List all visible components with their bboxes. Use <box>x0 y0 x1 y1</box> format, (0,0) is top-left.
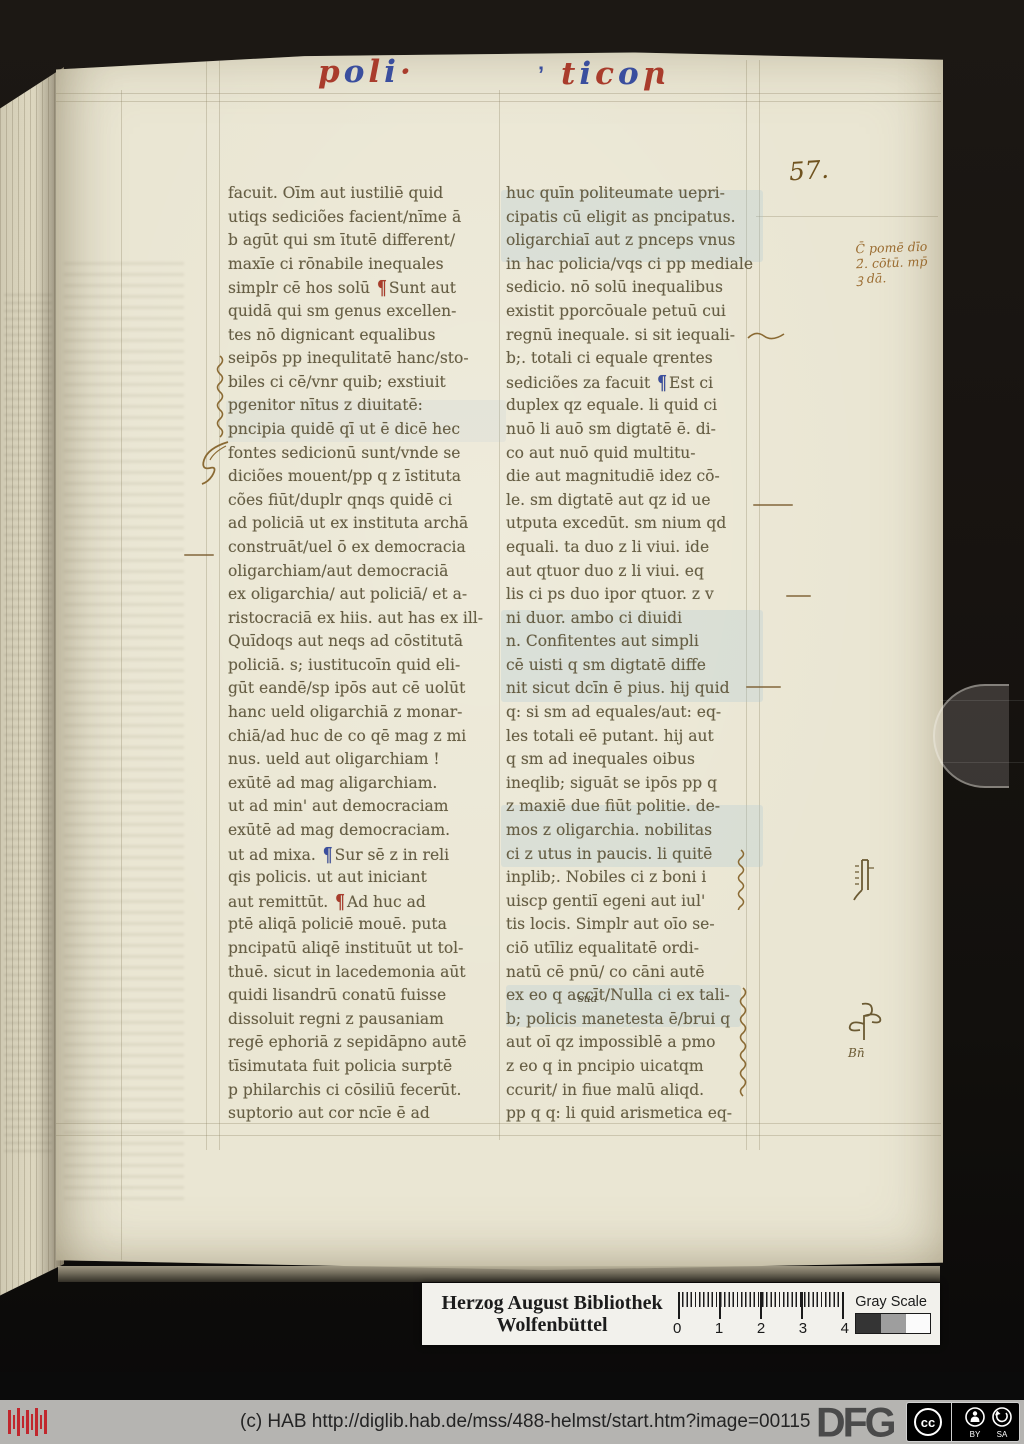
manuscript-line: q sm ad inequales oibus <box>506 748 748 772</box>
manuscript-col2: huc quīn politeumate uepri-cipatis cū el… <box>506 182 748 1126</box>
manuscript-line: b agūt qui sm ītutē different/ <box>228 229 500 253</box>
running-title-letter: i <box>579 56 595 92</box>
manuscript-line: seipōs pp inequlitatē hanc/sto- <box>228 347 500 371</box>
manuscript-line: q: si sm ad equales/aut: eq- <box>506 701 748 725</box>
ruler-numbers: 01234 <box>673 1320 849 1337</box>
manuscript-line: ut ad min' aut democraciam <box>228 795 500 819</box>
copyright-text: (c) HAB http://diglib.hab.de/mss/488-hel… <box>240 1411 810 1433</box>
cc-license-badge: cc BY SA <box>906 1402 1020 1442</box>
manuscript-line: ciō utīliz equalitatē ordi- <box>506 937 748 961</box>
digitized-manuscript-scan: poli· ’ ticoꞃ 57. C̄ pomē dīo2̄. cōtū. m… <box>0 0 1024 1444</box>
running-title-letter: i <box>384 54 400 90</box>
running-title-letter: o <box>618 56 643 92</box>
margin-squiggle <box>746 328 786 344</box>
running-title-letter: t <box>561 56 579 92</box>
manuscript-line: gūt eandē/sp ipōs aut cē uolūt <box>228 677 500 701</box>
running-title-letter: l <box>368 54 384 90</box>
pilcrow-mark: ¶ <box>323 840 333 869</box>
clip-highlight <box>940 762 1024 763</box>
ruler-number: 2 <box>757 1320 765 1337</box>
ruling-line <box>206 60 207 1150</box>
cc-badge-divider <box>951 1403 952 1441</box>
running-title-tick: ’ <box>538 62 544 88</box>
manuscript-line: facuit. Oīm aut iustiliē quid <box>228 182 500 206</box>
manuscript-line: aut qtuor duo z li viui. eq <box>506 560 748 584</box>
running-title-letter: p <box>318 54 344 90</box>
pilcrow-mark: ¶ <box>657 368 667 397</box>
manuscript-line: thuē. sicut in lacedemonia aūt <box>228 961 500 985</box>
manuscript-line: construāt/uel ō ex democracia <box>228 536 500 560</box>
library-name: Herzog August Bibliothek Wolfenbüttel <box>430 1292 674 1336</box>
svg-text:SA: SA <box>997 1430 1008 1439</box>
manuscript-line: p philarchis ci cōsiliū fecerūt. <box>228 1079 500 1103</box>
margin-nota-mark <box>850 856 878 902</box>
manuscript-line: biles ci cē/vnr quib; exstiuit <box>228 371 500 395</box>
manuscript-line: ex oligarchia/ aut policiā/ et a- <box>228 583 500 607</box>
margin-dash <box>184 554 214 556</box>
manuscript-line: n. Confitentes aut simpli <box>506 630 748 654</box>
manuscript-line: sediciões za facuit ¶Est ci <box>506 371 748 395</box>
manuscript-line: huc quīn politeumate uepri- <box>506 182 748 206</box>
pilcrow-mark: ¶ <box>335 887 345 916</box>
manuscript-line: quidi lisandrū conatū fuisse <box>228 984 500 1008</box>
manuscript-line: diciões mouent/pp q z īstituta <box>228 465 500 489</box>
manuscript-line: duplex qz equale. li quid ci <box>506 394 748 418</box>
manuscript-line: tīsimutata fuit policia surptē <box>228 1055 500 1079</box>
manuscript-line: uiscp gentiī egeni aut iul' <box>506 890 748 914</box>
manuscript-line: exūtē ad mag aligarchiam. <box>228 772 500 796</box>
manuscript-line: inplib;. Nobiles ci z boni i <box>506 866 748 890</box>
margin-monogram-label: Bn̄ <box>848 1046 865 1060</box>
manuscript-line: cē uisti q sm digtatē diffe <box>506 654 748 678</box>
manuscript-line: nus. ueld aut oligarchiam ! <box>228 748 500 772</box>
by-person-icon: BY <box>966 1408 984 1439</box>
library-name-line1: Herzog August Bibliothek <box>430 1292 674 1314</box>
ruler: 01234 <box>678 1288 847 1340</box>
interlinear-correction: sua <box>578 992 597 1005</box>
gray-scale-label: Gray Scale <box>855 1294 932 1310</box>
manuscript-line: dissoluit regni z pausaniam <box>228 1008 500 1032</box>
manuscript-line: ccurit/ in fiue malū aliqd. <box>506 1079 748 1103</box>
cc-by-sa-icons: cc BY SA <box>907 1403 1019 1441</box>
manuscript-line: b; policis manetesta ē/brui q <box>506 1008 748 1032</box>
library-name-line2: Wolfenbüttel <box>430 1314 674 1336</box>
manuscript-line: cipatis cū eligit as pncipatus. <box>506 206 748 230</box>
manuscript-line: co aut nuō quid multitu- <box>506 442 748 466</box>
manuscript-line: natū cē pnū/ co cāni autē <box>506 961 748 985</box>
manuscript-line: existit pporcōuale petuū cui <box>506 300 748 324</box>
margin-chain-mark <box>734 848 748 910</box>
manuscript-line: policiā. s; iustitucoīn quid eli- <box>228 654 500 678</box>
marginal-annotation-line: 2̄. cōtū. mp̄ <box>856 254 928 271</box>
footer-black-band <box>0 1372 1024 1400</box>
book-bottom-edge <box>58 1266 940 1282</box>
manuscript-line: le. sm digtatē aut qz id ue <box>506 489 748 513</box>
sa-arrow-icon: SA <box>993 1408 1011 1439</box>
left-margin-showthrough <box>64 260 184 1200</box>
book-page-stack <box>0 52 64 1308</box>
manuscript-line: ristocraciā ex hiis. aut has ex ill- <box>228 607 500 631</box>
manuscript-line: exūtē ad mag democraciam. <box>228 819 500 843</box>
ruler-major-ticks <box>678 1292 848 1319</box>
footer-bar: (c) HAB http://diglib.hab.de/mss/488-hel… <box>0 1400 1024 1444</box>
manuscript-line: tes nō dignicant equalibus <box>228 324 500 348</box>
manuscript-line: oligarchiam/aut democraciā <box>228 560 500 584</box>
manuscript-line: pp q q: li quid arismetica eq- <box>506 1102 748 1126</box>
manuscript-line: lis ci ps duo ipor qtuor. z v <box>506 583 748 607</box>
manuscript-line: b;. totali ci equale qrentes <box>506 347 748 371</box>
gray-scale-swatch <box>906 1314 931 1333</box>
running-title-letter: ꞃ <box>643 56 670 92</box>
manuscript-line: simplr cē hos solū ¶Sunt aut <box>228 276 500 300</box>
manuscript-line: regnū inequale. si sit iequali- <box>506 324 748 348</box>
manuscript-line: Quīdoqs aut neqs ad cōstitutā <box>228 630 500 654</box>
pilcrow-mark: ¶ <box>377 273 387 302</box>
folio-number: 57. <box>788 155 830 187</box>
manuscript-line: z maxiē due fiūt politie. de- <box>506 795 748 819</box>
running-title-left: poli· <box>318 54 415 90</box>
ruler-number: 0 <box>673 1320 681 1337</box>
manuscript-line: pncipia quidē qī ut ē dicē hec <box>228 418 500 442</box>
svg-text:BY: BY <box>970 1430 981 1439</box>
manuscript-line: aut oī qz impossiblē a pmo <box>506 1031 748 1055</box>
gray-scale: Gray Scale <box>855 1294 932 1334</box>
manuscript-line: pncipatū aliqē instituūt ut tol- <box>228 937 500 961</box>
margin-monogram-mark <box>842 1000 886 1046</box>
manuscript-line: chiā/ad huc de co qē mag z mi <box>228 725 500 749</box>
manuscript-line: tis locis. Simplr aut oīo se- <box>506 913 748 937</box>
margin-dash <box>786 595 811 597</box>
manuscript-line: les totali eē putant. hij aut <box>506 725 748 749</box>
ruler-number: 3 <box>799 1320 807 1337</box>
manuscript-line: mos z oligarchia. nobilitas <box>506 819 748 843</box>
ruling-line <box>219 60 220 1150</box>
running-title-letter: · <box>400 54 415 90</box>
margin-chain-mark <box>212 354 228 438</box>
manuscript-line: ut ad mixa. ¶Sur sē z in reli <box>228 843 500 867</box>
ruler-number: 4 <box>841 1320 849 1337</box>
gray-scale-swatches <box>855 1313 931 1334</box>
manuscript-line: aut remittūt. ¶Ad huc ad <box>228 890 500 914</box>
manuscript-line: in hac policia/vqs ci pp mediale <box>506 253 748 277</box>
manuscript-line: ad policiā ut ex instituta archā <box>228 512 500 536</box>
manuscript-line: oligarchiaī aut z pnceps vnus <box>506 229 748 253</box>
manuscript-line: equali. ta duo z li viui. ide <box>506 536 748 560</box>
gutter-shadow <box>0 52 64 1308</box>
manuscript-line: ex eo q accīt/Nulla ci ex tali- <box>506 984 748 1008</box>
ruler-number: 1 <box>715 1320 723 1337</box>
ruling-line <box>121 90 122 1260</box>
gray-scale-swatch <box>881 1314 906 1333</box>
manuscript-line: ineqlib; siguāt se ipōs pp q <box>506 772 748 796</box>
manuscript-line: quidā qui sm genus excellen- <box>228 300 500 324</box>
margin-dash <box>753 504 793 506</box>
margin-paraph-flourish <box>198 438 232 486</box>
manuscript-line: qis policis. ut aut iniciant <box>228 866 500 890</box>
manuscript-line: sedicio. nō solū inequalibus <box>506 276 748 300</box>
dfg-logo: DFG <box>816 1399 894 1444</box>
ruling-line <box>756 216 938 217</box>
red-barcode-mark <box>7 1406 51 1438</box>
manuscript-line: cões fiūt/duplr qnqs quidē ci <box>228 489 500 513</box>
running-title-right: ticoꞃ <box>561 56 669 92</box>
manuscript-line: suptorio aut cor ncīe ē ad <box>228 1102 500 1126</box>
manuscript-line: ni duor. ambo ci diuidi <box>506 607 748 631</box>
manuscript-line: nit sicut dcīn ē pius. hij quid <box>506 677 748 701</box>
gray-scale-swatch <box>856 1314 881 1333</box>
manuscript-page: poli· ’ ticoꞃ 57. C̄ pomē dīo2̄. cōtū. m… <box>56 50 943 1270</box>
manuscript-line: hanc ueld oligarchiā z monar- <box>228 701 500 725</box>
cc-letters: cc <box>921 1415 935 1430</box>
marginal-annotation-line: ꝫ dā. <box>856 269 928 286</box>
manuscript-line: fontes sedicionū sunt/vnde se <box>228 442 500 466</box>
running-title-letter: c <box>595 56 618 92</box>
manuscript-line: z eo q in pncipio uicatqm <box>506 1055 748 1079</box>
manuscript-line: utputa excedūt. sm nium qd <box>506 512 748 536</box>
manuscript-line: die aut magnitudiē idez cō- <box>506 465 748 489</box>
manuscript-col1: facuit. Oīm aut iustiliē quidutiqs sedic… <box>228 182 500 1126</box>
manuscript-line: utiqs sediciões facient/nīme ā <box>228 206 500 230</box>
margin-chain-mark <box>736 986 750 1098</box>
margin-dash <box>746 686 781 688</box>
manuscript-line: regē ephoriā z sepidāpno autē <box>228 1031 500 1055</box>
manuscript-line: ptē aliqā policiē mouē. puta <box>228 913 500 937</box>
manuscript-line: ci z utus in paucis. li quitē <box>506 843 748 867</box>
clip-highlight <box>940 700 1024 701</box>
manuscript-line: maxīe ci rōnabile inequales <box>228 253 500 277</box>
manuscript-line: nuō li auō sm digtatē ē. di- <box>506 418 748 442</box>
ruling-line <box>759 60 760 1150</box>
scale-bar-strip: Herzog August Bibliothek Wolfenbüttel 01… <box>422 1283 940 1345</box>
running-title-letter: o <box>344 54 369 90</box>
manuscript-line: pgenitor nītus z diuitatē: <box>228 394 500 418</box>
marginal-annotation: C̄ pomē dīo2̄. cōtū. mp̄ꝫ dā. <box>855 239 928 286</box>
